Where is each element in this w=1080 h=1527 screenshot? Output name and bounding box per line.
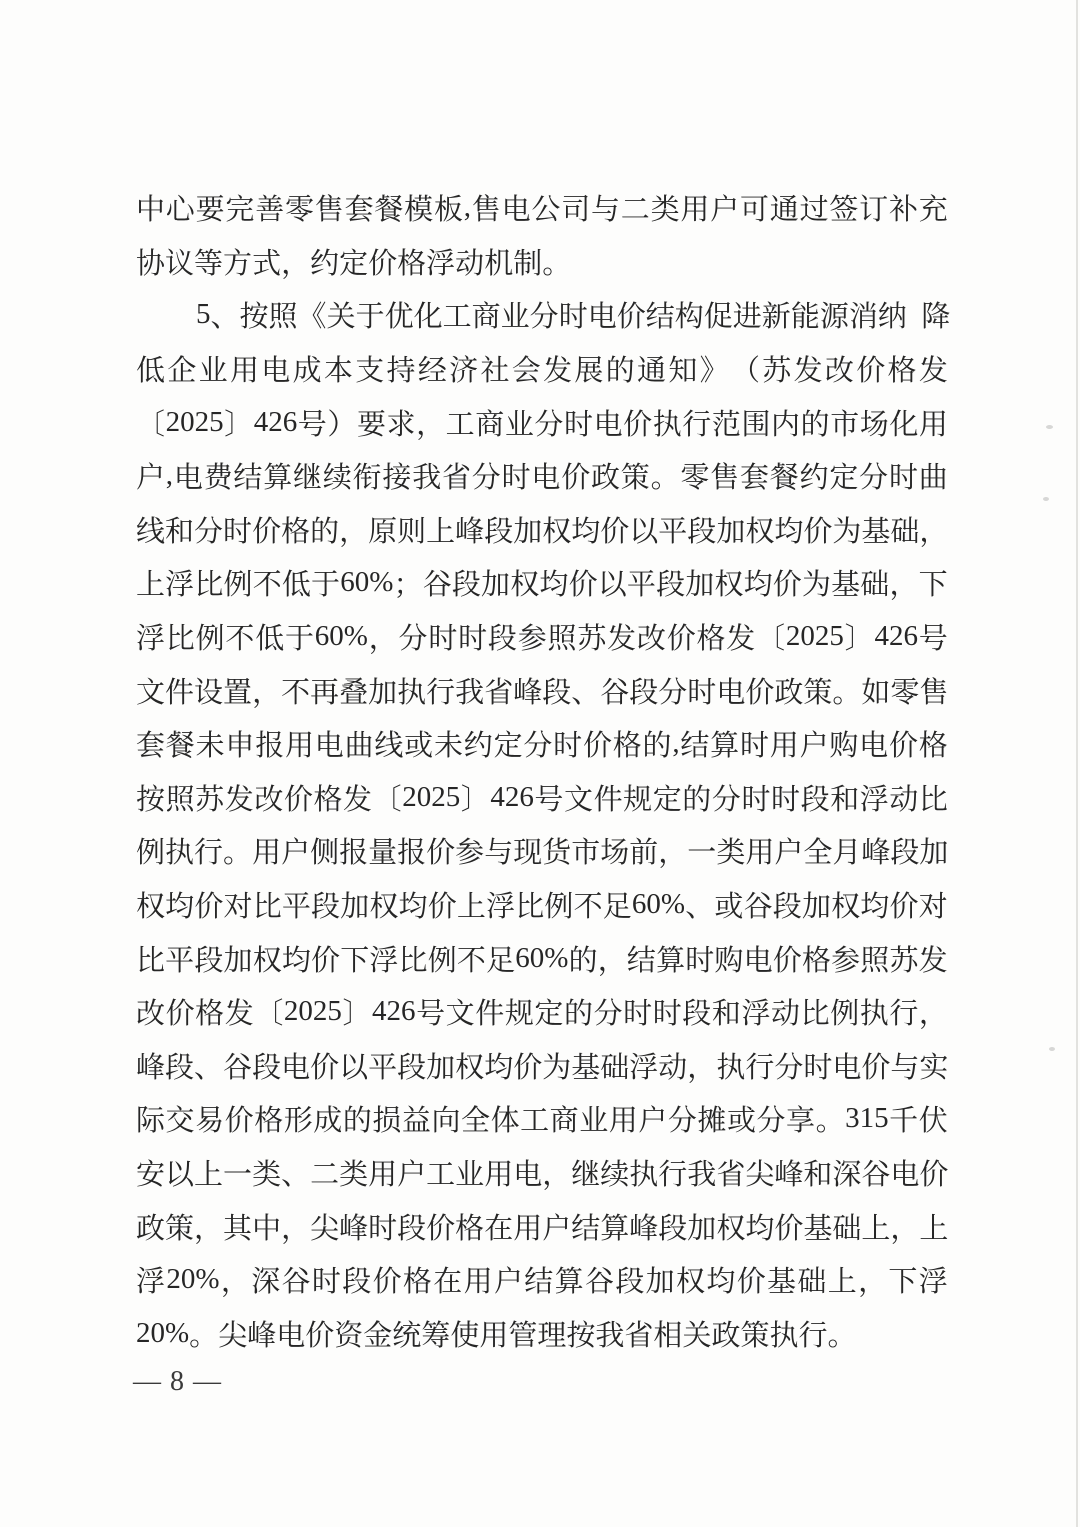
scan-edge-artifact [1076, 0, 1078, 1527]
text-line: 〔2025〕426号）要求，工商业分时电价执行范围内的市场化用 [136, 395, 948, 449]
page-number: — 8 — [133, 1366, 222, 1398]
text-line: 协议等方式，约定价格浮动机制。 [136, 235, 948, 289]
text-line: 安以上一类、二类用户工业用电，继续执行我省尖峰和深谷电价 [136, 1146, 948, 1200]
text-line: 浮比例不低于60%，分时时段参照苏发改价格发〔2025〕426号 [136, 610, 948, 664]
text-line: 上浮比例不低于60%；谷段加权均价以平段加权均价为基础，下 [136, 556, 948, 610]
scan-speck-artifact [1049, 1047, 1055, 1051]
scan-speck-artifact [1046, 425, 1053, 429]
text-line: 按照苏发改价格发〔2025〕426号文件规定的分时时段和浮动比 [136, 771, 948, 825]
text-line: 户,电费结算继续衔接我省分时电价政策。零售套餐约定分时曲 [136, 449, 948, 503]
text-line: 浮20%，深谷时段价格在用户结算谷段加权均价基础上，下浮 [136, 1253, 948, 1307]
text-line: 文件设置，不再叠加执行我省峰段、谷段分时电价政策。如零售 [136, 663, 948, 717]
text-line: 权均价对比平段加权均价上浮比例不足60%、或谷段加权均价对 [136, 878, 948, 932]
text-line: 比平段加权均价下浮比例不足60%的，结算时购电价格参照苏发 [136, 931, 948, 985]
text-line: 5、按照《关于优化工商业分时电价结构促进新能源消纳 降 [136, 288, 948, 342]
text-line: 改价格发〔2025〕426号文件规定的分时时段和浮动比例执行， [136, 985, 948, 1039]
text-line: 套餐未申报用电曲线或未约定分时价格的,结算时用户购电价格 [136, 717, 948, 771]
text-line: 中心要完善零售套餐模板,售电公司与二类用户可通过签订补充 [136, 181, 948, 235]
text-line: 际交易价格形成的损益向全体工商业用户分摊或分享。315千伏 [136, 1092, 948, 1146]
text-line: 20%。尖峰电价资金统筹使用管理按我省相关政策执行。 [136, 1306, 948, 1360]
scan-speck-artifact [1043, 497, 1049, 501]
text-line: 峰段、谷段电价以平段加权均价为基础浮动，执行分时电价与实 [136, 1039, 948, 1093]
document-page: 中心要完善零售套餐模板,售电公司与二类用户可通过签订补充协议等方式，约定价格浮动… [0, 0, 1080, 1527]
text-line: 线和分时价格的，原则上峰段加权均价以平段加权均价为基础， [136, 503, 948, 557]
text-line: 例执行。用户侧报量报价参与现货市场前，一类用户全月峰段加 [136, 824, 948, 878]
document-body: 中心要完善零售套餐模板,售电公司与二类用户可通过签订补充协议等方式，约定价格浮动… [136, 181, 948, 1360]
text-line: 政策，其中，尖峰时段价格在用户结算峰段加权均价基础上，上 [136, 1199, 948, 1253]
text-line: 低企业用电成本支持经济社会发展的通知》（苏发改价格发 [136, 342, 948, 396]
